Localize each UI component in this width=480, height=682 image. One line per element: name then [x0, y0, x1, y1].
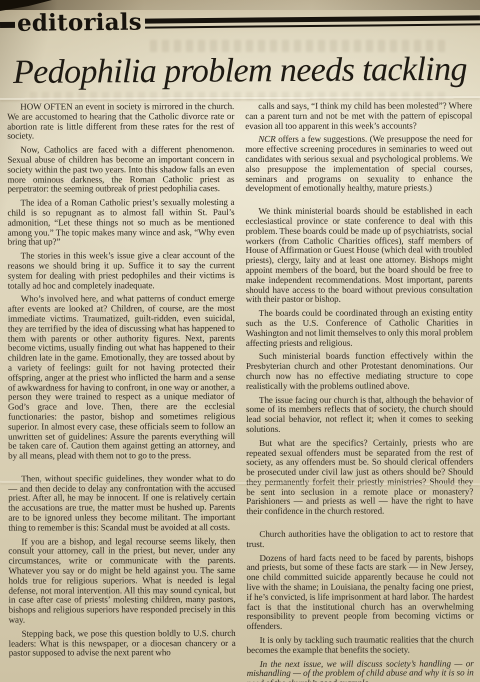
paragraph: Church authorities have the obligation t… — [246, 529, 473, 549]
header-rules — [145, 6, 480, 28]
header-rule-thin — [145, 23, 480, 28]
article-headline: Pedophilia problem needs tackling — [13, 50, 476, 93]
section-header: editorials — [0, 6, 480, 37]
newspaper-editorial-page: editorials Pedophilia problem needs tack… — [0, 0, 480, 682]
paragraph: calls and says, “I think my child has be… — [245, 101, 472, 131]
paragraph: Who’s involved here, and what patterns o… — [8, 294, 235, 461]
paper-crease — [0, 96, 480, 100]
paragraph: We think ministerial boards should be es… — [246, 207, 473, 306]
paragraph: The boards could be coordinated through … — [246, 309, 473, 349]
paragraph: It is only by tackling such traumatic re… — [247, 635, 474, 655]
paragraph: The stories in this week’s issue give a … — [8, 251, 235, 291]
paragraph: If you are a bishop, and legal recourse … — [8, 537, 235, 626]
column-right: calls and says, “I think my child has be… — [245, 101, 474, 682]
paragraph: In the next issue, we will discuss socie… — [247, 659, 474, 682]
paragraph: But what are the specifics? Certainly, p… — [246, 438, 473, 517]
paragraph: Dozens of hard facts need to be faced by… — [246, 553, 473, 632]
header-left-rule — [0, 22, 15, 28]
italic-lead: NCR — [258, 134, 275, 144]
paragraph: Now, Catholics are faced with a differen… — [7, 145, 234, 195]
paragraph: Stepping back, we pose this question bol… — [9, 629, 236, 659]
paragraph: HOW OFTEN an event in society is mirrore… — [7, 102, 234, 142]
paragraph: The idea of a Roman Catholic priest’s se… — [7, 198, 234, 248]
article-body: HOW OFTEN an event in society is mirrore… — [7, 101, 474, 682]
paragraph: The issue facing our church is that, alt… — [246, 395, 473, 435]
section-title: editorials — [17, 10, 142, 37]
paragraph: Such ministerial boards function effecti… — [246, 352, 473, 392]
column-left: HOW OFTEN an event in society is mirrore… — [7, 102, 236, 682]
paragraph: NCR offers a few suggestions. (We presup… — [245, 135, 472, 194]
paragraph: Then, without specific guidelines, they … — [8, 474, 235, 533]
print-bleedthrough — [30, 92, 450, 100]
header-rule-thick — [145, 15, 480, 23]
